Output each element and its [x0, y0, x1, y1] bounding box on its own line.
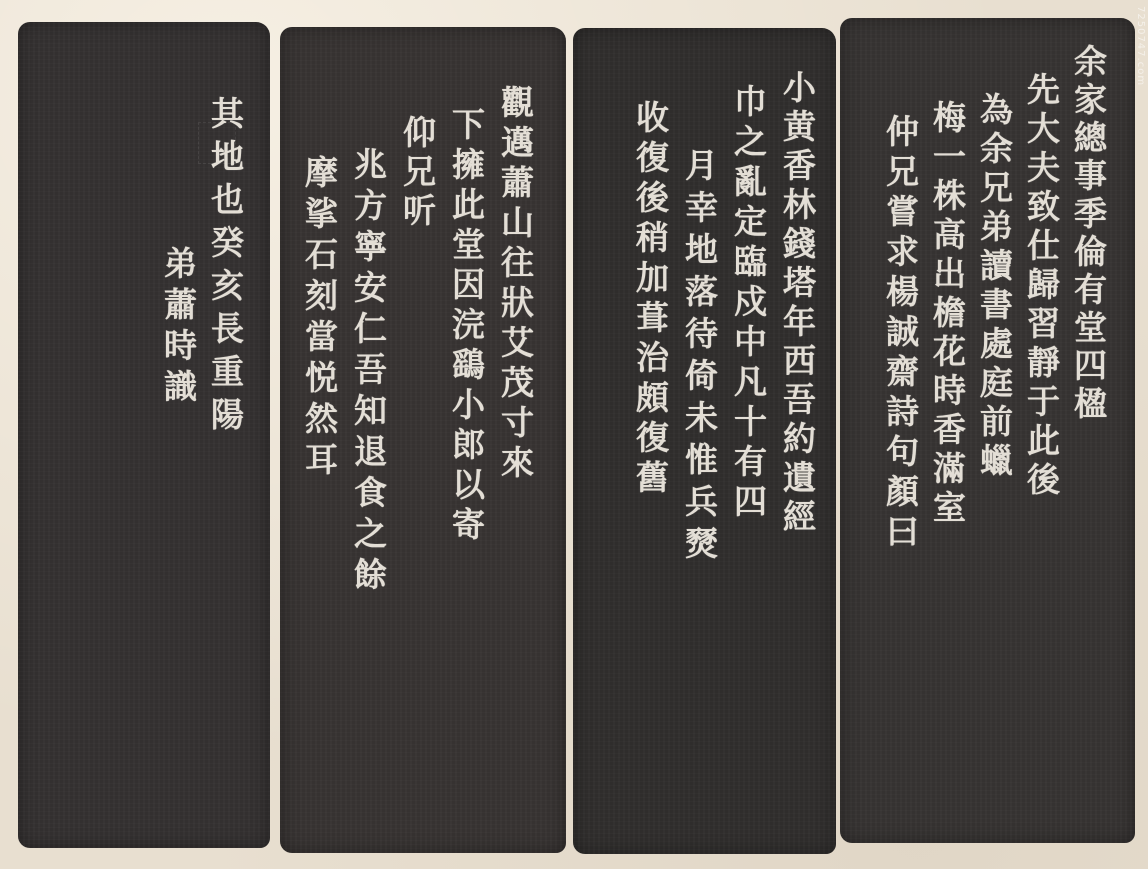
text-columns: 觀邁蕭山往狀艾茂寸來 下擁此堂因浣鷂小郎以寄 仰兄听 兆方寧安仁吾知退食之餘 摩…: [303, 85, 532, 598]
text-column: 巾之亂定臨戍中凡十有四: [732, 84, 765, 524]
text-columns: 余家總事季倫有堂四楹 先大夫致仕歸習靜于此後 為余兄弟讀書處庭前蠟 梅一株高出檐…: [884, 44, 1105, 554]
rubbing-panel-3: 小黄香林錢塔年西吾約遺經 巾之亂定臨戍中凡十有四 月幸地落待倚未惟兵燹 收復後稍…: [573, 28, 836, 854]
text-column: 下擁此堂因浣鷂小郎以寄: [450, 107, 483, 547]
text-column: 摩挲石刻當悦然耳: [303, 155, 336, 483]
text-columns: 其地也癸亥長重陽 弟蕭時識: [162, 96, 242, 440]
text-column: 余家總事季倫有堂四楹: [1072, 44, 1105, 424]
text-column: 觀邁蕭山往狀艾茂寸來: [499, 85, 532, 485]
text-columns: 小黄香林錢塔年西吾約遺經 巾之亂定臨戍中凡十有四 月幸地落待倚未惟兵燹 收復後稍…: [634, 70, 814, 568]
text-column: 仲兄嘗求楊誠齋詩句顏曰: [884, 114, 917, 554]
rubbing-panel-1: 其地也癸亥長重陽 弟蕭時識: [18, 22, 270, 848]
text-column: 梅一株高出檐花時香滿室: [931, 100, 964, 529]
rubbing-panel-4: 余家總事季倫有堂四楹 先大夫致仕歸習靜于此後 為余兄弟讀書處庭前蠟 梅一株高出檐…: [840, 18, 1135, 843]
text-column: 小黄香林錢塔年西吾約遺經: [781, 70, 814, 538]
text-column: 其地也癸亥長重陽: [209, 96, 242, 440]
text-column: 先大夫致仕歸習靜于此後: [1025, 72, 1058, 501]
text-column: 弟蕭時識: [162, 246, 195, 410]
rubbing-panel-2: 觀邁蕭山往狀艾茂寸來 下擁此堂因浣鷂小郎以寄 仰兄听 兆方寧安仁吾知退食之餘 摩…: [280, 27, 566, 853]
text-column: 收復後稍加葺治頗復舊: [634, 100, 667, 500]
watermark: 7250747.com: [1135, 6, 1146, 86]
text-column: 仰兄听: [401, 115, 434, 232]
text-column: 兆方寧安仁吾知退食之餘: [352, 147, 385, 598]
text-column: 為余兄弟讀書處庭前蠟: [978, 92, 1011, 482]
text-column: 月幸地落待倚未惟兵燹: [683, 148, 716, 568]
